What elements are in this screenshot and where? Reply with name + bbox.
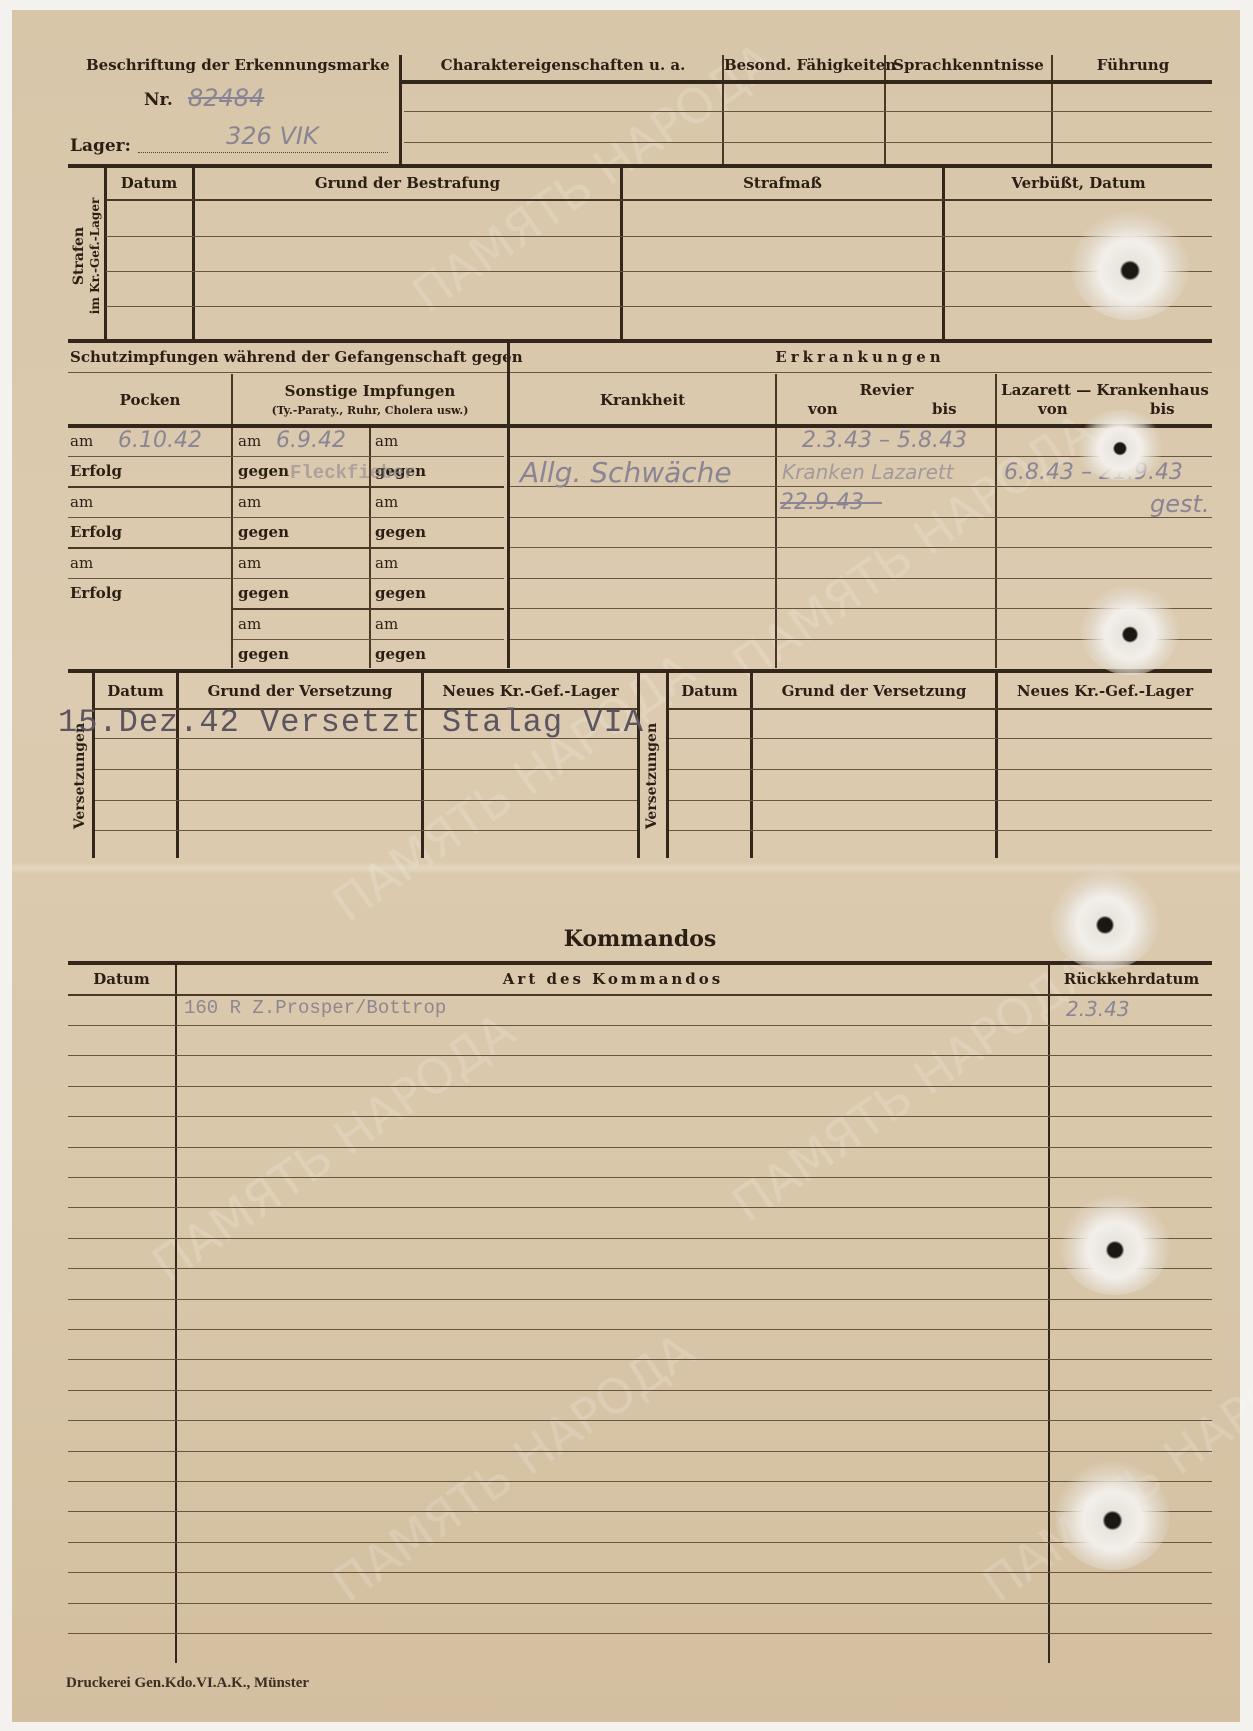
punch-hole xyxy=(1075,410,1165,480)
kommando-rueckkehr-1: 2.3.43 xyxy=(1066,997,1130,1021)
vers-datum-header-right: Datum xyxy=(669,682,750,700)
sonstige-gegen-2b: gegen xyxy=(375,523,426,541)
sonstige-stamp-1: Fleckfieber xyxy=(290,462,415,484)
pocken-erfolg-2: Erfolg xyxy=(70,523,122,541)
sonstige-am-3a: am xyxy=(238,554,261,572)
rule xyxy=(68,669,1212,673)
divider xyxy=(399,55,402,166)
strafen-label: Strafen xyxy=(71,227,87,285)
rule xyxy=(68,1542,1212,1543)
rule xyxy=(233,639,504,640)
rule xyxy=(404,111,1212,112)
vers-grund-header-left: Grund der Versetzung xyxy=(179,682,421,700)
rule xyxy=(68,1086,1212,1087)
revier-entry-3: 22.9.43 – xyxy=(780,490,882,515)
lager-label: Lager: xyxy=(70,136,131,156)
lazarett-von: von xyxy=(1038,400,1068,418)
rule xyxy=(404,142,1212,143)
rule xyxy=(669,738,1212,739)
rule xyxy=(669,830,1212,831)
pocken-am-3: am xyxy=(70,554,93,572)
rule xyxy=(510,517,1212,518)
erkennungsmarke-label: Beschriftung der Erkennungsmarke xyxy=(86,56,390,74)
divider xyxy=(1048,963,1050,1663)
sonstige-gegen-4a: gegen xyxy=(238,645,289,663)
sonstige-header: Sonstige Impfungen xyxy=(233,382,507,400)
transfer-stamp: 15.Dez.42 Versetzt Stalag VIA xyxy=(58,704,644,741)
rule xyxy=(68,424,1212,428)
rule xyxy=(68,547,504,549)
rule xyxy=(402,80,1212,84)
pocken-am-1: am xyxy=(70,432,93,450)
sonstige-date-1: 6.9.42 xyxy=(276,428,346,453)
rule xyxy=(68,1451,1212,1452)
rule xyxy=(233,608,504,610)
kommando-art-1: 160 R Z.Prosper/Bottrop xyxy=(184,997,446,1019)
rule xyxy=(68,578,504,579)
rule xyxy=(68,339,1212,343)
pocken-date-1: 6.10.42 xyxy=(118,428,202,453)
header-fuehrung: Führung xyxy=(1054,56,1212,74)
kommandos-rueckkehr-header: Rückkehrdatum xyxy=(1051,970,1212,988)
punch-hole xyxy=(1070,210,1190,320)
printer-imprint: Druckerei Gen.Kdo.VI.A.K., Münster xyxy=(66,1675,309,1692)
sonstige-gegen-4b: gegen xyxy=(375,645,426,663)
pocken-header: Pocken xyxy=(70,391,230,409)
rule xyxy=(68,1633,1212,1634)
rule xyxy=(68,517,504,518)
lazarett-bis: bis xyxy=(1150,400,1175,418)
sonstige-am-4b: am xyxy=(375,615,398,633)
sonstige-am-3b: am xyxy=(375,554,398,572)
rule xyxy=(106,271,1212,272)
rule xyxy=(68,1481,1212,1482)
revier-bis: bis xyxy=(932,400,957,418)
krankheit-1: Allg. Schwäche xyxy=(520,456,732,489)
divider xyxy=(942,166,945,340)
punch-hole xyxy=(1080,585,1180,675)
vers-grund-header-right: Grund der Versetzung xyxy=(753,682,995,700)
nr-label: Nr. xyxy=(144,90,173,110)
rule xyxy=(510,547,1212,548)
revier-header: Revier xyxy=(778,381,995,399)
divider xyxy=(175,963,177,1663)
divider xyxy=(995,374,997,668)
revier-entry-2: Kranken Lazarett xyxy=(782,460,954,484)
rule xyxy=(68,1025,1212,1026)
sonstige-am-2a: am xyxy=(238,493,261,511)
punch-hole xyxy=(1050,870,1160,970)
rule xyxy=(106,236,1212,237)
rule xyxy=(95,769,637,770)
rule xyxy=(68,1238,1212,1239)
pocken-am-2: am xyxy=(70,493,93,511)
versetzungen-side-label-right: Versetzungen xyxy=(644,718,660,834)
rule xyxy=(669,800,1212,801)
rule xyxy=(106,306,1212,307)
rule xyxy=(68,961,1212,965)
divider xyxy=(231,374,233,668)
rule xyxy=(68,1511,1212,1512)
rule xyxy=(68,1147,1212,1148)
pocken-erfolg-3: Erfolg xyxy=(70,584,122,602)
krankheit-header: Krankheit xyxy=(510,391,775,409)
lazarett-entry-2: gest. xyxy=(1150,490,1210,518)
revier-von: von xyxy=(808,400,838,418)
sonstige-am-2b: am xyxy=(375,493,398,511)
rule xyxy=(68,1420,1212,1421)
kommandos-title: Kommandos xyxy=(68,926,1212,952)
rule xyxy=(68,1603,1212,1604)
sonstige-subheader: (Ty.-Paraty., Ruhr, Cholera usw.) xyxy=(233,404,507,417)
sonstige-am-4a: am xyxy=(238,615,261,633)
divider xyxy=(104,166,107,340)
sonstige-gegen-3b: gegen xyxy=(375,584,426,602)
divider xyxy=(192,166,195,340)
strafen-grund-header: Grund der Bestrafung xyxy=(195,174,620,192)
strafen-strafmass-header: Strafmaß xyxy=(623,174,942,192)
header-charakter: Charaktereigenschaften u. a. xyxy=(404,56,722,74)
header-sprachkenntnisse: Sprachkenntnisse xyxy=(887,56,1050,74)
rule xyxy=(68,1268,1212,1269)
revier-entry-1: 2.3.43 – 5.8.43 xyxy=(802,428,967,453)
rule xyxy=(68,1055,1212,1056)
lager-dotted-line xyxy=(138,152,388,153)
punch-hole xyxy=(1060,1195,1170,1295)
header-faehigkeiten: Besond. Fähigkeiten xyxy=(724,56,884,74)
lager-value: 326 VIK xyxy=(226,122,319,150)
rule xyxy=(68,372,1212,373)
paper-fold xyxy=(12,862,1240,874)
lazarett-header: Lazarett — Krankenhaus xyxy=(998,381,1212,399)
impfungen-title: Schutzimpfungen während der Gefangenscha… xyxy=(70,348,523,366)
vers-datum-header-left: Datum xyxy=(95,682,176,700)
rule xyxy=(68,1572,1212,1573)
rule xyxy=(68,1390,1212,1391)
sonstige-gegen-1a: gegen xyxy=(238,462,289,480)
divider xyxy=(775,374,777,668)
kommandos-datum-header: Datum xyxy=(68,970,175,988)
rule xyxy=(68,1329,1212,1330)
rule xyxy=(68,486,504,488)
rule xyxy=(68,164,1212,168)
rule xyxy=(68,1177,1212,1178)
rule xyxy=(68,1299,1212,1300)
divider xyxy=(637,672,640,858)
sonstige-am-1a: am xyxy=(238,432,261,450)
rule xyxy=(68,994,1212,996)
erkrankungen-title: Erkrankungen xyxy=(510,348,1210,366)
punch-hole xyxy=(1055,1460,1170,1570)
rule xyxy=(68,1359,1212,1360)
strafen-datum-header: Datum xyxy=(106,174,192,192)
kommandos-art-header: Art des Kommandos xyxy=(178,970,1048,988)
rule xyxy=(68,1116,1212,1117)
rule xyxy=(106,199,1212,201)
sonstige-gegen-2a: gegen xyxy=(238,523,289,541)
pocken-erfolg-1: Erfolg xyxy=(70,462,122,480)
rule xyxy=(68,456,504,457)
strafen-side-label: Strafen im Kr.-Gef.-Lager xyxy=(71,181,103,331)
strafen-sublabel: im Kr.-Gef.-Lager xyxy=(88,198,102,315)
divider xyxy=(620,166,623,340)
rule xyxy=(95,830,637,831)
strafen-verbuesst-header: Verbüßt, Datum xyxy=(945,174,1212,192)
vers-lager-header-left: Neues Kr.-Gef.-Lager xyxy=(424,682,637,700)
vers-lager-header-right: Neues Kr.-Gef.-Lager xyxy=(998,682,1212,700)
rule xyxy=(95,800,637,801)
sonstige-am-1b: am xyxy=(375,432,398,450)
rule xyxy=(68,1207,1212,1208)
nr-value: 82484 xyxy=(188,84,264,112)
rule xyxy=(669,708,1212,710)
rule xyxy=(510,578,1212,579)
sonstige-gegen-3a: gegen xyxy=(238,584,289,602)
rule xyxy=(669,769,1212,770)
